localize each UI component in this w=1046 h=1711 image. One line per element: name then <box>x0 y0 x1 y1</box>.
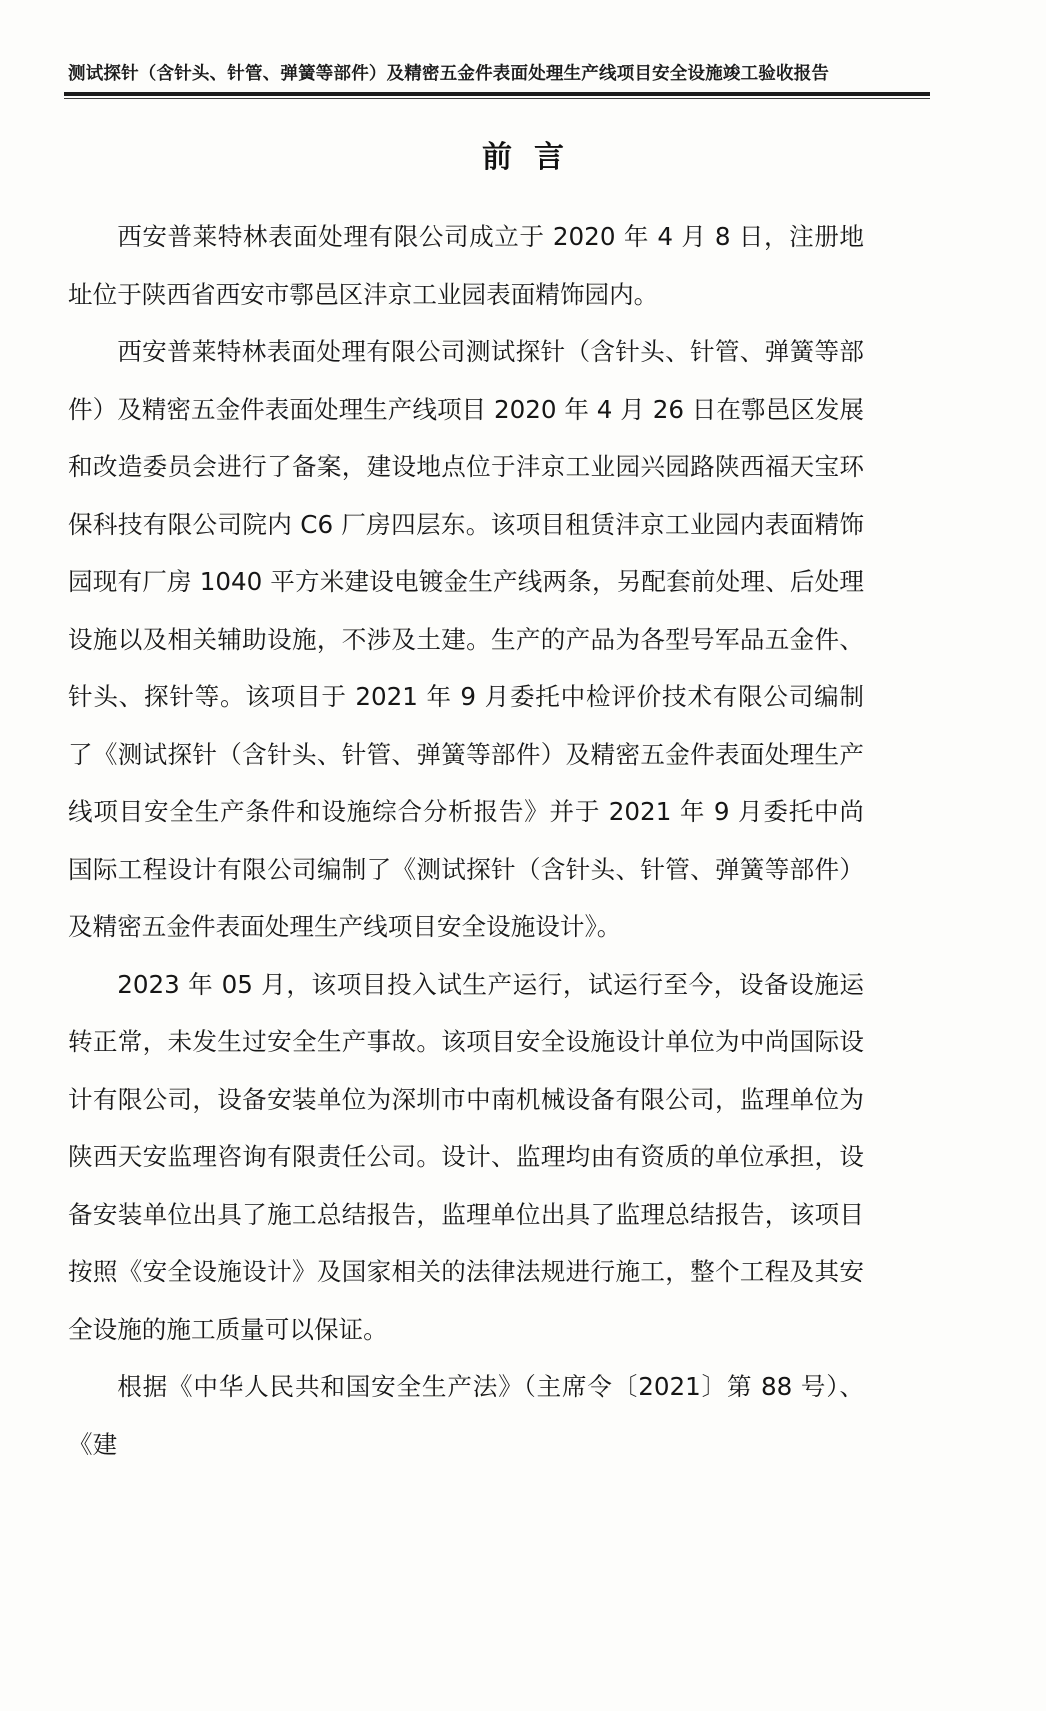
paragraph-project-background: 西安普莱特林表面处理有限公司测试探针（含针头、针管、弹簧等部件）及精密五金件表面… <box>68 323 864 956</box>
paragraph-company-founding: 西安普莱特林表面处理有限公司成立于 2020 年 4 月 8 日，注册地址位于陕… <box>68 208 864 323</box>
paragraph-trial-operation: 2023 年 05 月，该项目投入试生产运行，试运行至今，设备设施运转正常，未发… <box>68 956 864 1359</box>
header-rule-thick <box>64 92 930 96</box>
section-title: 前言 <box>0 132 1046 176</box>
body-text: 西安普莱特林表面处理有限公司成立于 2020 年 4 月 8 日，注册地址位于陕… <box>68 208 864 1473</box>
document-page: 测试探针（含针头、针管、弹簧等部件）及精密五金件表面处理生产线项目安全设施竣工验… <box>0 0 1046 1711</box>
paragraph-legal-basis: 根据《中华人民共和国安全生产法》（主席令〔2021〕第 88 号）、《建 <box>68 1358 864 1473</box>
running-header: 测试探针（含针头、针管、弹簧等部件）及精密五金件表面处理生产线项目安全设施竣工验… <box>68 60 928 85</box>
header-rule-thin <box>64 98 930 99</box>
